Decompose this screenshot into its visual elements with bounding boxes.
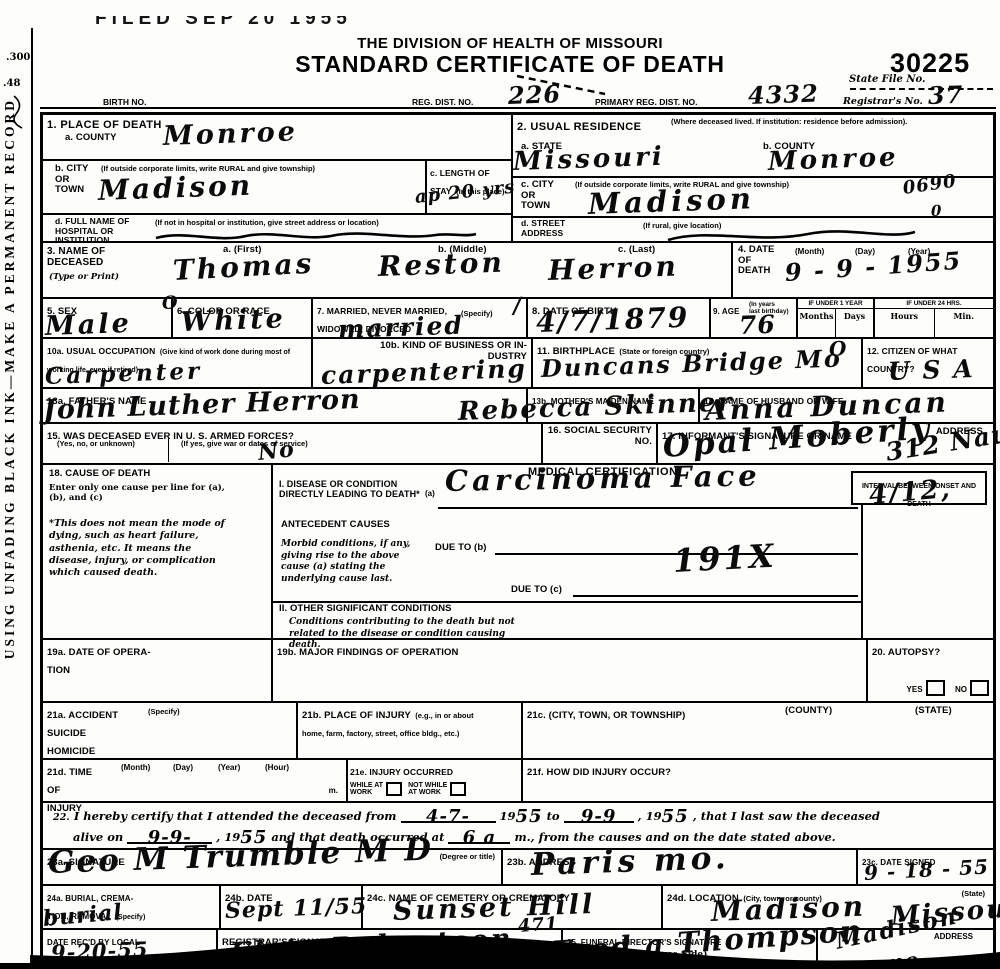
dob-handwriting: 4/7/1879 (536, 304, 690, 337)
disease-handwriting: Carcinoma Face (445, 461, 761, 496)
ur-city-handwriting: Madison (587, 184, 755, 219)
section-age: 9. AGE (In years last birthday) 76 (711, 299, 798, 337)
certify-to-value: 9-9 (581, 806, 617, 827)
due-c-line (573, 595, 858, 597)
row-informant: 15. WAS DECEASED EVER IN U. S. ARMED FOR… (43, 424, 993, 465)
certify-to-blank: 9-9 (564, 806, 634, 823)
certify-to-year: 55 (662, 806, 689, 827)
citizen-handwriting: U S A (888, 356, 975, 384)
section-cause-of-death-notes: 18. CAUSE OF DEATH Enter only one cause … (43, 465, 273, 638)
name-last-handwriting: Herron (548, 252, 680, 285)
mother-handwriting: Rebecca Skinner (458, 389, 734, 425)
certify-text4: alive on (73, 830, 123, 844)
date-signed-handwriting: 9 - 18 - 55 (863, 856, 989, 883)
injury-city-label: 21c. (CITY, TOWN, OR TOWNSHIP) (527, 710, 685, 721)
section-usual-residence: 2. USUAL RESIDENCE (Where deceased lived… (513, 115, 993, 241)
under24-hours-label: Hours (875, 309, 935, 337)
row-occupation: 10a. USUAL OCCUPATION (Give kind of work… (43, 339, 993, 389)
section-birthplace: 11. BIRTHPLACE (State or foreign country… (533, 339, 863, 387)
pod-city-handwriting: Madison (98, 172, 254, 205)
section-signature-address: 23b. ADDRESS Paris mo. (503, 850, 858, 884)
injury-hour-label: (Hour) (265, 763, 289, 772)
section-industry: 10b. KIND OF BUSINESS OR IN- DUSTRY carp… (313, 339, 533, 387)
age-handwriting: 76 (739, 312, 777, 338)
injury-year-label: (Year) (218, 763, 240, 772)
section-sex: 5. SEX Male O (43, 299, 173, 337)
accident-label: 21a. ACCIDENT SUICIDE HOMICIDE (47, 710, 118, 757)
ur-city-label: c. CITY OR TOWN (521, 180, 554, 212)
row-injury-time: 21d. TIME OF INJURY (Month) (Day) (Year)… (43, 760, 993, 803)
autopsy-no-label: NO (955, 685, 967, 694)
armed-forces-divider (168, 438, 169, 462)
injury-meridian-label: m. (329, 786, 338, 795)
cause-note2: *This does not mean the mode of dying, s… (49, 518, 234, 580)
disease-label: I. DISEASE OR CONDITION DIRECTLY LEADING… (279, 479, 420, 499)
under1-days-label: Days (836, 309, 873, 337)
primary-reg-value: 4332 (748, 82, 820, 108)
under24-header: IF UNDER 24 HRS. (875, 299, 993, 309)
birthplace-handwriting: Duncans Bridge Mo (541, 347, 843, 381)
dod-title: 4. DATE OF DEATH (738, 245, 774, 277)
certify-text1: I hereby certify that I attended the dec… (74, 809, 397, 823)
cause-label: 18. CAUSE OF DEATH (49, 469, 265, 480)
autopsy-yes-label: YES (907, 685, 923, 694)
color-race-handwriting: White (181, 305, 287, 336)
section-accident: 21a. ACCIDENT SUICIDE HOMICIDE (Specify) (43, 703, 298, 758)
ur-title-box: 2. USUAL RESIDENCE (Where deceased lived… (513, 115, 993, 141)
under1-months-label: Months (798, 309, 836, 337)
interval-divider (861, 505, 863, 640)
section-injury-city: 21c. (CITY, TOWN, OR TOWNSHIP) (COUNTY) … (523, 703, 993, 758)
certify-year-prefix2: , 19 (638, 809, 662, 823)
injury-day-label: (Day) (173, 763, 193, 772)
section-marital: 7. MARRIED, NEVER MARRIED, WIDOWED, DIVO… (313, 299, 528, 337)
operation-date-label: 19a. DATE OF OPERA- TION (47, 647, 151, 676)
certify-number: 22. (53, 812, 70, 823)
division-header: THE DIVISION OF HEALTH OF MISSOURI (300, 35, 720, 52)
pod-county-box: 1. PLACE OF DEATH a. COUNTY Monroe (43, 115, 511, 161)
birthplace-stray-mark: O (828, 338, 847, 359)
pod-hospital-box: d. FULL NAME OF HOSPITAL OR INSTITUTION … (43, 215, 511, 243)
name-title-note: (Type or Print) (49, 272, 119, 283)
certify-text2: to (547, 809, 560, 823)
ur-title: 2. USUAL RESIDENCE (517, 121, 641, 133)
ur-state-county-box: a. STATE b. COUNTY Missouri Monroe (513, 141, 993, 178)
sex-stray-mark: O (162, 294, 179, 313)
section-burial-date: 24b. DATE Sept 11/55 (221, 886, 363, 928)
section-informant: 17. INFORMANT'S SIGNATURE OR NAME ADDRES… (658, 424, 993, 463)
injury-occurred-options: WHILE AT WORK NOT WHILE AT WORK (350, 782, 519, 796)
disease-line (438, 507, 858, 509)
section-mother: 13b. MOTHER'S MAIDEN NAME Rebecca Skinne… (528, 389, 700, 422)
occupation-handwriting: Carpenter (45, 360, 203, 388)
under24-columns: Hours Min. (875, 309, 993, 337)
pod-hospital-label: d. FULL NAME OF HOSPITAL OR INSTITUTION (55, 217, 130, 246)
certify-line1: 22. I hereby certify that I attended the… (53, 806, 983, 827)
accident-note: (Specify) (148, 708, 180, 717)
section-citizen: 12. CITIZEN OF WHAT COUNTRY? U S A (863, 339, 993, 387)
section-injury-time: 21d. TIME OF INJURY (Month) (Day) (Year)… (43, 760, 348, 801)
ur-city-code: 0690 (902, 173, 958, 198)
primary-reg-label: PRIMARY REG. DIST. NO. (595, 97, 698, 107)
pod-city-cell: b. CITY OR TOWN (If outside corporate li… (43, 161, 427, 213)
filed-date-stamp-text: FILED SEP 20 1955 (95, 16, 415, 30)
burial-type-handwriting: burial (42, 901, 124, 930)
due-c-label: DUE TO (c) (511, 585, 562, 596)
reg-dist-value: 226 (508, 82, 562, 108)
father-handwriting: John Luther Herron (43, 386, 361, 424)
ur-county-handwriting: Monroe (768, 144, 899, 175)
pod-stay-cell: c. LENGTH OF STAY (In this place) ap 20 … (427, 161, 511, 213)
cause-note1: Enter only one cause per line for (a), (… (49, 483, 229, 504)
certify-from-value: 4-7- (426, 806, 470, 827)
armed-forces-note1: (Yes, no, or unknown) (57, 440, 135, 449)
row-name: 3. NAME OF DECEASED (Type or Print) a. (… (43, 243, 993, 299)
pod-city-label: b. CITY OR TOWN (55, 164, 88, 196)
while-at-work-label: WHILE AT WORK (350, 782, 383, 796)
occupation-label: 10a. USUAL OCCUPATION (47, 346, 155, 356)
section-armed-forces: 15. WAS DECEASED EVER IN U. S. ARMED FOR… (43, 424, 543, 463)
not-while-at-work-label: NOT WHILE AT WORK (408, 782, 447, 796)
margin-mark-48: .48 (3, 78, 20, 91)
reg-dist-label: REG. DIST. NO. (412, 97, 473, 107)
section-color-race: 6. COLOR OR RACE White (173, 299, 313, 337)
section-cemetery: 24c. NAME OF CEMETERY OR CREMATORY Sunse… (363, 886, 663, 928)
operation-findings-label: 19b. MAJOR FINDINGS OF OPERATION (277, 647, 458, 658)
age-label: 9. AGE (713, 307, 740, 316)
state-file-line (850, 88, 993, 90)
certify-hour-value: 6 a (463, 827, 496, 848)
due-b-label: DUE TO (b) (435, 543, 487, 554)
certify-hour-blank: 6 a (448, 827, 510, 844)
autopsy-yes-checkbox (926, 680, 945, 696)
section-injury-occurred: 21e. INJURY OCCURRED WHILE AT WORK NOT W… (348, 760, 523, 801)
ur-street-label: d. STREET ADDRESS (521, 219, 565, 238)
certificate-title: STANDARD CERTIFICATE OF DEATH (255, 51, 765, 78)
section-ssn: 16. SOCIAL SECURITY NO. (543, 424, 658, 463)
section-burial-type: 24a. BURIAL, CREMA- TION, REMOVAL (Speci… (43, 886, 221, 928)
injury-state-label: (STATE) (915, 706, 952, 717)
section-autopsy: 20. AUTOPSY? YES NO (868, 640, 993, 701)
place-of-injury-label: 21b. PLACE OF INJURY (302, 710, 411, 721)
ur-city-box: c. CITY OR TOWN (If outside corporate li… (513, 178, 993, 218)
certificate-form: 1. PLACE OF DEATH a. COUNTY Monroe b. CI… (40, 112, 996, 968)
how-injury-label: 21f. HOW DID INJURY OCCUR? (527, 767, 671, 778)
row-signature: 23a. SIGNATURE (Degree or title) Geo M T… (43, 850, 993, 886)
antecedent-label: ANTECEDENT CAUSES (281, 520, 390, 531)
section-name-of-deceased: 3. NAME OF DECEASED (Type or Print) a. (… (43, 243, 733, 297)
section-occupation: 10a. USUAL OCCUPATION (Give kind of work… (43, 339, 313, 387)
under24-min-label: Min. (935, 309, 994, 337)
injury-occurred-label: 21e. INJURY OCCURRED (350, 767, 453, 777)
name-middle-handwriting: Reston (378, 249, 506, 281)
ur-city-code2: 0 (931, 204, 943, 219)
certify-year-prefix1: 19 (500, 809, 516, 823)
margin-mark-300: .300 (6, 52, 30, 65)
autopsy-no-checkbox (970, 680, 989, 696)
ur-street-box: d. STREET ADDRESS (If rural, give locati… (513, 218, 993, 243)
section-signature: 23a. SIGNATURE (Degree or title) Geo M T… (43, 850, 503, 884)
ssn-label: 16. SOCIAL SECURITY NO. (547, 426, 652, 447)
section-date-of-death: 4. DATE OF DEATH (Month) (Day) (Year) 9 … (733, 243, 993, 297)
name-first-handwriting: Thomas (172, 250, 315, 285)
code-handwriting: 191X (672, 540, 777, 577)
other-label: II. OTHER SIGNIFICANT CONDITIONS (279, 604, 452, 615)
scan-ink-blob (0, 928, 1000, 969)
section-how-injury: 21f. HOW DID INJURY OCCUR? (523, 760, 993, 801)
cemetery-handwriting: Sunset Hill (393, 891, 596, 925)
section-place-of-injury: 21b. PLACE OF INJURY (e.g., in or about … (298, 703, 523, 758)
signature-address-handwriting: Paris mo. (530, 843, 730, 881)
row-demographics: 5. SEX Male O 6. COLOR OR RACE White 7. … (43, 299, 993, 339)
left-rule (31, 28, 33, 969)
hospital-name-scribble (151, 228, 481, 244)
row-cause-of-death: 18. CAUSE OF DEATH Enter only one cause … (43, 465, 993, 640)
signature-note: (Degree or title) (440, 853, 495, 862)
while-at-work-checkbox (386, 782, 402, 796)
section-age-under24: IF UNDER 24 HRS. Hours Min. (875, 299, 993, 337)
antecedent-note: Morbid conditions, if any, giving rise t… (281, 539, 431, 586)
registrar-no-value: 37 (928, 83, 964, 108)
section-date-signed: 23c. DATE SIGNED 9 - 18 - 55 (858, 850, 993, 884)
ur-state-handwriting: Missouri (513, 144, 666, 175)
death-certificate-scan: .300 .48 USING UNFADING BLACK INK—MAKE A… (0, 0, 1000, 969)
other-conditions-rule (273, 601, 861, 603)
autopsy-options: YES NO (907, 679, 989, 697)
under1-columns: Months Days (798, 309, 873, 337)
section-place-of-death: 1. PLACE OF DEATH a. COUNTY Monroe b. CI… (43, 115, 513, 241)
row-place-residence: 1. PLACE OF DEATH a. COUNTY Monroe b. CI… (43, 115, 993, 243)
pod-city-box: b. CITY OR TOWN (If outside corporate li… (43, 161, 511, 215)
injury-county-label: (COUNTY) (785, 706, 832, 717)
section-age-under1: IF UNDER 1 YEAR Months Days (798, 299, 875, 337)
row-operation: 19a. DATE OF OPERA- TION 19b. MAJOR FIND… (43, 640, 993, 703)
name-title: 3. NAME OF DECEASED (47, 246, 105, 268)
street-address-scribble (663, 226, 923, 248)
certify-from-blank: 4-7- (401, 806, 496, 823)
autopsy-label: 20. AUTOPSY? (872, 647, 940, 658)
certify-from-year: 55 (516, 806, 543, 827)
pod-stay-handwriting: ap 20 yrs (414, 179, 516, 207)
pod-county-label: a. COUNTY (65, 133, 117, 144)
certify-text3: , that I last saw the deceased (693, 809, 880, 823)
birth-no-label: BIRTH NO. (103, 97, 146, 107)
burial-date-handwriting: Sept 11/55 (225, 895, 368, 922)
section-operation-date: 19a. DATE OF OPERA- TION (43, 640, 273, 701)
section-operation-findings: 19b. MAJOR FINDINGS OF OPERATION (273, 640, 868, 701)
under1-header: IF UNDER 1 YEAR (798, 299, 873, 309)
margin-vertical-instruction: USING UNFADING BLACK INK—MAKE A PERMANEN… (2, 98, 18, 659)
state-file-number: 30225 (890, 48, 970, 79)
not-while-at-work-checkbox (450, 782, 466, 796)
interval-handwriting: 4/12, (868, 476, 953, 509)
row-injury-place: 21a. ACCIDENT SUICIDE HOMICIDE (Specify)… (43, 703, 993, 760)
marital-note: (Specify) (461, 310, 493, 319)
pod-hospital-note: (If not in hospital or institution, give… (155, 219, 485, 228)
industry-handwriting: carpentering (321, 356, 528, 388)
section-medical-certification: MEDICAL CERTIFICATION I. DISEASE OR COND… (273, 465, 993, 638)
injury-month-label: (Month) (121, 763, 150, 772)
armed-forces-handwriting: No (257, 438, 296, 464)
section-father: 13a. FATHER'S NAME John Luther Herron (43, 389, 528, 422)
pod-county-handwriting: Monroe (163, 118, 299, 150)
sex-handwriting: Male (45, 310, 133, 340)
disease-tag: (a) (425, 489, 435, 498)
ur-title-note: (Where deceased lived. If institution: r… (671, 118, 981, 127)
marital-handwriting: married (338, 313, 465, 342)
marital-stray-slash: / (513, 295, 523, 317)
section-date-of-birth: 8. DATE OF BIRTH 4/7/1879 (528, 299, 711, 337)
